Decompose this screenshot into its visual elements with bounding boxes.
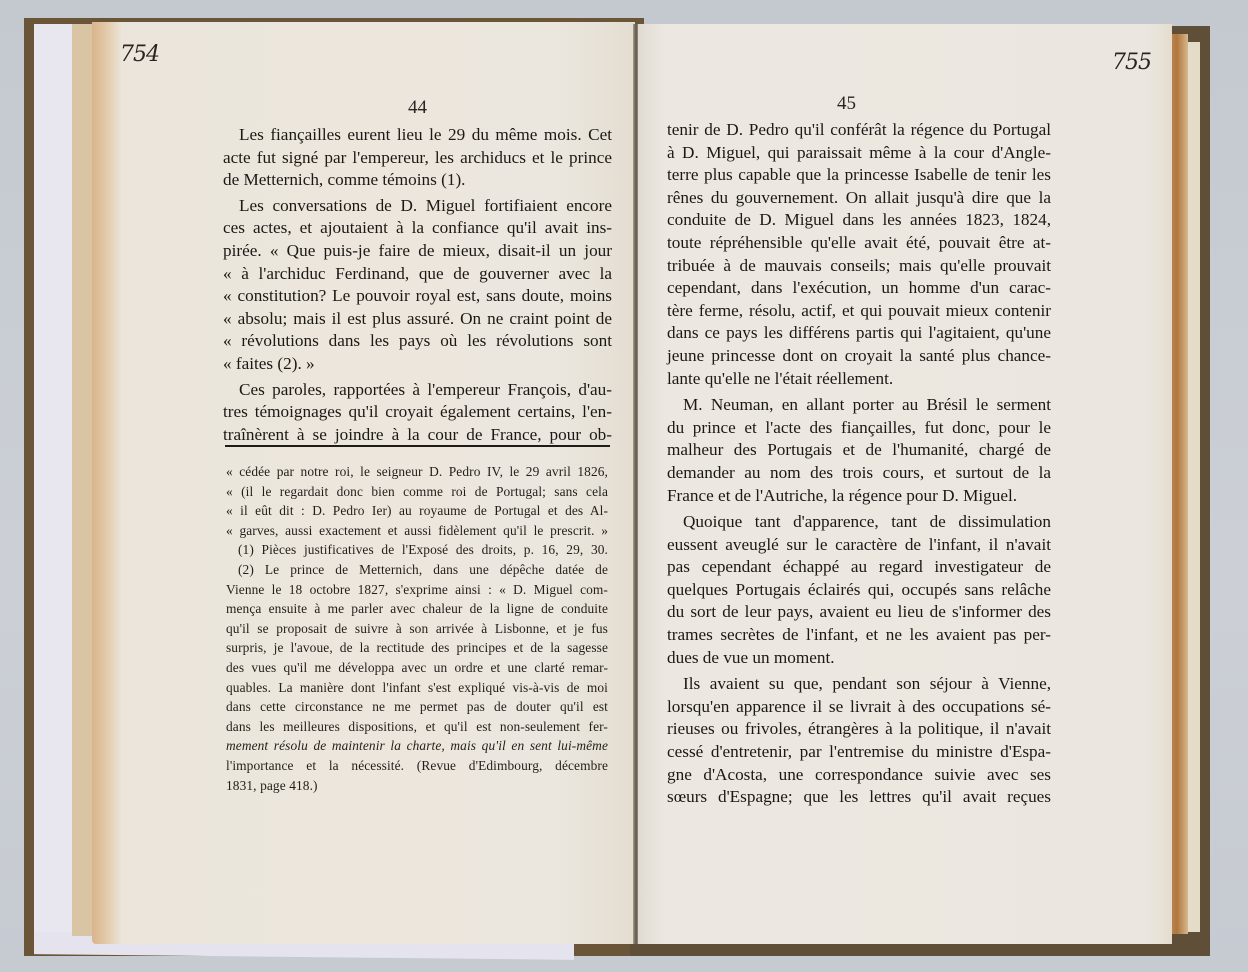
body-line: « révolutions dans les pays où les révol…	[223, 330, 612, 353]
body-line: ces actes, et ajoutaient à la confiance …	[223, 217, 612, 240]
footnote-line: surpris, je l'avoue, de la rectitude des…	[226, 638, 608, 658]
body-line: M. Neuman, en allant porter au Brésil le…	[667, 394, 1051, 417]
body-line: Ces paroles, rapportées à l'empereur Fra…	[223, 379, 612, 402]
left-page-number: 44	[408, 97, 427, 119]
footnote-line: Vienne le 18 octobre 1827, s'exprime ain…	[226, 580, 608, 600]
body-line: tribuée à de mauvais conseils; mais qu'e…	[667, 255, 1051, 278]
body-line: lante qu'elle ne l'était réellement.	[667, 368, 1051, 391]
body-line: demander au nom des trois cours, et surt…	[667, 462, 1051, 485]
right-handwritten-number: 755	[1112, 50, 1151, 75]
left-page-footnotes: « cédée par notre roi, le seigneur D. Pe…	[226, 462, 608, 795]
body-line: « faites (2). »	[223, 353, 612, 376]
body-line: traînèrent à se joindre à la cour de Fra…	[223, 424, 612, 447]
body-line: de Metternich, comme témoins (1).	[223, 169, 612, 192]
body-line: tres témoignages qu'il croyait également…	[223, 401, 612, 424]
body-line: dans ce pays les différens partis qui l'…	[667, 322, 1051, 345]
body-line: Quoique tant d'apparence, tant de dissim…	[667, 511, 1051, 534]
footnote-line: (1) Pièces justificatives de l'Exposé de…	[226, 540, 608, 560]
body-line: jeune princesse dont on croyait la santé…	[667, 345, 1051, 368]
footnote-separator-rule	[225, 445, 610, 447]
body-line: trames secrètes de l'infant, et ne les a…	[667, 624, 1051, 647]
right-page-number: 45	[837, 93, 856, 115]
body-line: cependant, dans l'exécution, un homme d'…	[667, 277, 1051, 300]
body-line: Les conversations de D. Miguel fortifiai…	[223, 195, 612, 218]
footnote-line: des vues qu'il me développa avec un ordr…	[226, 658, 608, 678]
body-line: gne d'Acosta, une correspondance suivie …	[667, 764, 1051, 787]
footnote-line: « garves, aussi exactement et aussi fidè…	[226, 521, 608, 541]
body-line: du prince et l'acte des fiançailles, fut…	[667, 417, 1051, 440]
footnote-line: « il eût dit : D. Pedro Ier) au royaume …	[226, 501, 608, 521]
body-line: tenir de D. Pedro qu'il conférât la rége…	[667, 119, 1051, 142]
footnote-line: dans cette circonstance ne me permet pas…	[226, 697, 608, 717]
body-line: pirée. « Que puis-je faire de mieux, dis…	[223, 240, 612, 263]
footnote-line: « (il le regardait donc bien comme roi d…	[226, 482, 608, 502]
body-line: dues de vue un moment.	[667, 647, 1051, 670]
left-handwritten-number: 754	[120, 42, 159, 67]
body-line: acte fut signé par l'empereur, les archi…	[223, 147, 612, 170]
footnote-line: quables. La manière dont l'infant s'est …	[226, 678, 608, 698]
body-line: terre plus capable que la princesse Isab…	[667, 164, 1051, 187]
body-line: rieuses ou frivoles, étrangères à la pol…	[667, 718, 1051, 741]
body-line: du sort de leur pays, avaient eu lieu de…	[667, 601, 1051, 624]
body-line: à D. Miguel, qui paraissait même à la co…	[667, 142, 1051, 165]
left-page-body: Les fiançailles eurent lieu le 29 du mêm…	[223, 124, 612, 446]
footnote-line: l'importance et la nécessité. (Revue d'E…	[226, 756, 608, 776]
body-line: Les fiançailles eurent lieu le 29 du mêm…	[223, 124, 612, 147]
body-line: « à l'archiduc Ferdinand, que de gouvern…	[223, 263, 612, 286]
body-line: Ils avaient su que, pendant son séjour à…	[667, 673, 1051, 696]
body-line: « absolu; mais il est plus assuré. On ne…	[223, 308, 612, 331]
footnote-line: dans les meilleures dispositions, et qu'…	[226, 717, 608, 737]
body-line: rênes du gouvernement. On allait jusqu'à…	[667, 187, 1051, 210]
footnote-line: mença ensuite à me parler avec chaleur d…	[226, 599, 608, 619]
right-page-body: tenir de D. Pedro qu'il conférât la rége…	[667, 119, 1051, 809]
footnote-line: 1831, page 418.)	[226, 776, 608, 796]
body-line: eussent aveuglé sur le caractère de l'in…	[667, 534, 1051, 557]
footnote-line: « cédée par notre roi, le seigneur D. Pe…	[226, 462, 608, 482]
body-line: tère ferme, résolu, actif, et qui pouvai…	[667, 300, 1051, 323]
body-line: malheur des Portugais et de l'humanité, …	[667, 439, 1051, 462]
body-line: quelques Portugais éclairés qui, occupés…	[667, 579, 1051, 602]
body-line: cessé d'entretenir, par l'entremise du m…	[667, 741, 1051, 764]
body-line: lorsqu'en apparence il se livrait à des …	[667, 696, 1051, 719]
body-line: « constitution? Le pouvoir royal est, sa…	[223, 285, 612, 308]
body-line: pas cependant échappé au regard investig…	[667, 556, 1051, 579]
body-line: conduite de D. Miguel dans les années 18…	[667, 209, 1051, 232]
body-line: sœurs d'Espagne; que les lettres qu'il a…	[667, 786, 1051, 809]
footnote-line: qu'il se proposait de suivre à son arriv…	[226, 619, 608, 639]
body-line: toute répréhensible qu'elle avait été, p…	[667, 232, 1051, 255]
white-endpaper	[34, 24, 74, 954]
footnote-line: (2) Le prince de Metternich, dans une dé…	[226, 560, 608, 580]
body-line: France et de l'Autriche, la régence pour…	[667, 485, 1051, 508]
footnote-line: mement résolu de maintenir la charte, ma…	[226, 736, 608, 756]
